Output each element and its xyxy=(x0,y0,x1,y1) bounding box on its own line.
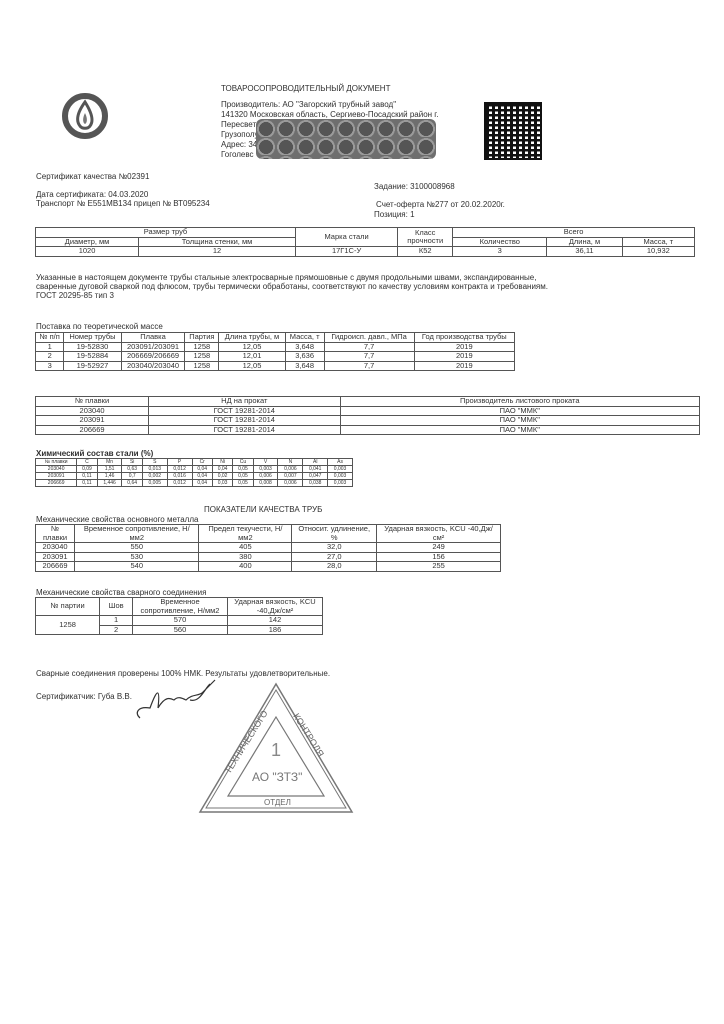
cell: 1,446 xyxy=(97,480,122,487)
header-pipe-size: Размер труб xyxy=(36,228,296,238)
task-number: Задание: 3100008968 xyxy=(374,182,455,191)
cell: 570 xyxy=(133,616,228,626)
cell: 7,7 xyxy=(324,361,414,371)
cell: 0,003 xyxy=(253,466,278,473)
table-row: 20666954040028,0255 xyxy=(36,562,501,572)
stamp-company: АО "ЗТЗ" xyxy=(252,770,302,784)
header-cell: Масса, т xyxy=(285,333,324,343)
quality-control-stamp: ТЕХНИЧЕСКОГО КОНТРОЛЯ ОТДЕЛ 1 АО "ЗТЗ" xyxy=(196,682,356,817)
statement-line-1: Указанные в настоящем документе трубы ст… xyxy=(36,273,536,282)
table-row: 319-52927203040/203040125812,053,6487,72… xyxy=(36,361,515,371)
cell: 0,012 xyxy=(167,466,192,473)
cell: 0,003 xyxy=(328,466,353,473)
cell: 0,09 xyxy=(77,466,97,473)
cell: 0,03 xyxy=(212,480,232,487)
cell: ГОСТ 19281-2014 xyxy=(149,416,340,426)
header-cell: Длина трубы, м xyxy=(219,333,285,343)
stamp-bottom-text: ОТДЕЛ xyxy=(264,798,291,807)
cell: 405 xyxy=(199,543,292,553)
header-cell: Плавка xyxy=(121,333,185,343)
cell: 206669/206669 xyxy=(121,352,185,362)
table-row: 1258 1 570 142 xyxy=(36,616,323,626)
stamp-number: 1 xyxy=(271,740,281,761)
header-cell: Год производства трубы xyxy=(414,333,514,343)
cell: 2 xyxy=(100,625,133,635)
cell: 540 xyxy=(75,562,199,572)
cell: 1,51 xyxy=(97,466,122,473)
summary-table: Размер труб Марка стали Класс прочности … xyxy=(35,227,695,257)
header-cell: № плавки xyxy=(36,397,149,407)
header-impact: Ударная вязкость, KCU -40,Дж/см² xyxy=(228,598,323,616)
cell: 206669 xyxy=(36,562,75,572)
cell: 203091 xyxy=(36,473,77,480)
cell: 0,63 xyxy=(122,466,142,473)
cell: ПАО "ММК" xyxy=(340,416,699,426)
table-row: 20309153038027,0156 xyxy=(36,552,501,562)
document-title: ТОВАРОСОПРОВОДИТЕЛЬНЫЙ ДОКУМЕНТ xyxy=(221,84,390,93)
cell: 19-52884 xyxy=(64,352,121,362)
cell: 0,64 xyxy=(122,480,142,487)
table-row: 203040ГОСТ 19281-2014ПАО "ММК" xyxy=(36,406,700,416)
cell: 0,038 xyxy=(303,480,328,487)
cell: 0,016 xyxy=(167,473,192,480)
manufacturer: Производитель: АО "Загорский трубный зав… xyxy=(221,100,396,109)
cell: 550 xyxy=(75,543,199,553)
cell: 203040/203040 xyxy=(121,361,185,371)
cell: 0,7 xyxy=(122,473,142,480)
qr-code-icon xyxy=(484,102,542,160)
cell: 0,04 xyxy=(192,473,212,480)
chemistry-title: Химический состав стали (%) xyxy=(36,449,153,458)
header-cell: C xyxy=(77,459,97,466)
header-cell: Производитель листового проката xyxy=(340,397,699,407)
cell: 0,003 xyxy=(328,480,353,487)
cell: 1258 xyxy=(185,361,219,371)
header-cell: Ударная вязкость, KCU -40,Дж/см² xyxy=(377,525,501,543)
weld-title: Механические свойства сварного соединени… xyxy=(36,588,206,597)
certificate-date: Дата сертификата: 04.03.2020 xyxy=(36,190,148,199)
cell: 560 xyxy=(133,625,228,635)
cell: 1258 xyxy=(185,352,219,362)
transport-info: Транспорт № Е551МВ134 прицеп № ВТ095234 xyxy=(36,199,210,208)
table-row: 219-52884206669/206669125812,013,6367,72… xyxy=(36,352,515,362)
table-row: 206669ГОСТ 19281-2014ПАО "ММК" xyxy=(36,425,700,435)
cell: 0,11 xyxy=(77,473,97,480)
cell: 2019 xyxy=(414,352,514,362)
cell: 0,11 xyxy=(77,480,97,487)
cell: 0,006 xyxy=(278,466,303,473)
cell: 0,02 xyxy=(212,473,232,480)
header-cell: № плавки xyxy=(36,459,77,466)
header-tensile: Временное сопротивление, Н/мм2 xyxy=(133,598,228,616)
header-cell: НД на прокат xyxy=(149,397,340,407)
header-cell: Относит. удлинение, % xyxy=(292,525,377,543)
cell: 0,041 xyxy=(303,466,328,473)
header-cell: № плавки xyxy=(36,525,75,543)
cell: 249 xyxy=(377,543,501,553)
cell: 19-52927 xyxy=(64,361,121,371)
consignee-address: Адрес: 34 xyxy=(221,140,257,149)
cell: 2019 xyxy=(414,361,514,371)
certifier: Сертификатчик: Губа В.В. xyxy=(36,692,132,701)
cell: 3 xyxy=(453,247,547,257)
position-info: Позиция: 1 xyxy=(374,210,415,219)
chemistry-table: № плавкиCMnSiSPCrNiCuVNAlAs2030400,091,5… xyxy=(35,458,353,487)
table-row: 2030400,091,510,630,0130,0120,040,040,05… xyxy=(36,466,353,473)
manufacturer-address: 141320 Московская область, Сергиево-Поса… xyxy=(221,110,438,119)
header-seam: Шов xyxy=(100,598,133,616)
statement-line-3: ГОСТ 20295-85 тип 3 xyxy=(36,291,114,300)
header-cell: Предел текучести, Н/мм2 xyxy=(199,525,292,543)
certificate-number: Сертификат качества №02391 xyxy=(36,172,149,181)
base-metal-title: Механические свойства основного металла xyxy=(36,515,198,524)
ndt-statement: Сварные соединения проверены 100% НМК. Р… xyxy=(36,669,330,678)
cell: 0,012 xyxy=(167,480,192,487)
cell: 0,005 xyxy=(142,480,167,487)
header-cell: Гидроисп. давл., МПа xyxy=(324,333,414,343)
consignee-address-2: Гоголевс xyxy=(221,150,254,159)
header-cell: № п/п xyxy=(36,333,64,343)
table-row: 2030910,111,460,70,0020,0160,040,020,050… xyxy=(36,473,353,480)
cell: 0,006 xyxy=(278,480,303,487)
cell: 0,05 xyxy=(233,473,253,480)
header-cell: Номер трубы xyxy=(64,333,121,343)
statement-line-2: сваренные дуговой сваркой под флюсом, тр… xyxy=(36,282,548,291)
cell: 0,013 xyxy=(142,466,167,473)
cell: 36,11 xyxy=(547,247,622,257)
cell: 3,636 xyxy=(285,352,324,362)
rolled-steel-table: № плавкиНД на прокатПроизводитель листов… xyxy=(35,396,700,435)
header-total: Всего xyxy=(453,228,695,238)
cell: 3 xyxy=(36,361,64,371)
cell: 32,0 xyxy=(292,543,377,553)
cell: 0,006 xyxy=(253,473,278,480)
cell: 28,0 xyxy=(292,562,377,572)
cell: 0,008 xyxy=(253,480,278,487)
cell: 1 xyxy=(100,616,133,626)
cell: 255 xyxy=(377,562,501,572)
delivery-table: № п/пНомер трубыПлавкаПартияДлина трубы,… xyxy=(35,332,515,371)
header-steel-grade: Марка стали xyxy=(295,228,397,247)
table-row: 1020 12 17Г1С-У К52 3 36,11 10,932 xyxy=(36,247,695,257)
cell: 0,05 xyxy=(233,466,253,473)
base-metal-table: № плавкиВременное сопротивление, Н/мм2Пр… xyxy=(35,524,501,572)
table-row: 203091ГОСТ 19281-2014ПАО "ММК" xyxy=(36,416,700,426)
cell: 1,46 xyxy=(97,473,122,480)
invoice-info: Счет-оферта №277 от 20.02.2020г. xyxy=(376,200,505,209)
cell: 0,05 xyxy=(233,480,253,487)
cell: 17Г1С-У xyxy=(295,247,397,257)
cell: 12,01 xyxy=(219,352,285,362)
cell: 10,932 xyxy=(622,247,694,257)
cell: 203040 xyxy=(36,543,75,553)
header-cell: Ni xyxy=(212,459,232,466)
header-cell: Временное сопротивление, Н/мм2 xyxy=(75,525,199,543)
cell: 142 xyxy=(228,616,323,626)
cell: 186 xyxy=(228,625,323,635)
cell: 0,002 xyxy=(142,473,167,480)
cell: 206669 xyxy=(36,425,149,435)
header-cell: P xyxy=(167,459,192,466)
cell: 0,04 xyxy=(212,466,232,473)
cell: 3,648 xyxy=(285,361,324,371)
cell: 12,05 xyxy=(219,361,285,371)
header-batch: № партии xyxy=(36,598,100,616)
cell: 0,007 xyxy=(278,473,303,480)
cell: 1258 xyxy=(36,616,100,635)
header-cell: As xyxy=(328,459,353,466)
company-logo-icon xyxy=(62,93,108,139)
cell: 203040 xyxy=(36,466,77,473)
header-cell: Si xyxy=(122,459,142,466)
cell: 0,003 xyxy=(328,473,353,480)
table-row: 2066690,111,4460,640,0050,0120,040,030,0… xyxy=(36,480,353,487)
header-cell: V xyxy=(253,459,278,466)
cell: 206669 xyxy=(36,480,77,487)
cell: 0,04 xyxy=(192,466,212,473)
weld-table: № партии Шов Временное сопротивление, Н/… xyxy=(35,597,323,635)
header-cell: Партия xyxy=(185,333,219,343)
redacted-area xyxy=(256,119,436,159)
header-cell: N xyxy=(278,459,303,466)
cell: 1020 xyxy=(36,247,139,257)
cell: ПАО "ММК" xyxy=(340,425,699,435)
cell: 12 xyxy=(139,247,296,257)
cell: 2 xyxy=(36,352,64,362)
header-cell: Cr xyxy=(192,459,212,466)
table-row: 20304055040532,0249 xyxy=(36,543,501,553)
cell: 203091 xyxy=(36,416,149,426)
header-cell: Al xyxy=(303,459,328,466)
cell: 400 xyxy=(199,562,292,572)
cell: К52 xyxy=(398,247,453,257)
quality-title: ПОКАЗАТЕЛИ КАЧЕСТВА ТРУБ xyxy=(204,505,322,514)
header-cell: Cu xyxy=(233,459,253,466)
cell: ГОСТ 19281-2014 xyxy=(149,425,340,435)
delivery-title: Поставка по теоретической массе xyxy=(36,322,163,331)
cell: 0,047 xyxy=(303,473,328,480)
cell: 7,7 xyxy=(324,352,414,362)
cell: 0,04 xyxy=(192,480,212,487)
header-strength-class: Класс прочности xyxy=(398,228,453,247)
header-cell: S xyxy=(142,459,167,466)
header-cell: Mn xyxy=(97,459,122,466)
